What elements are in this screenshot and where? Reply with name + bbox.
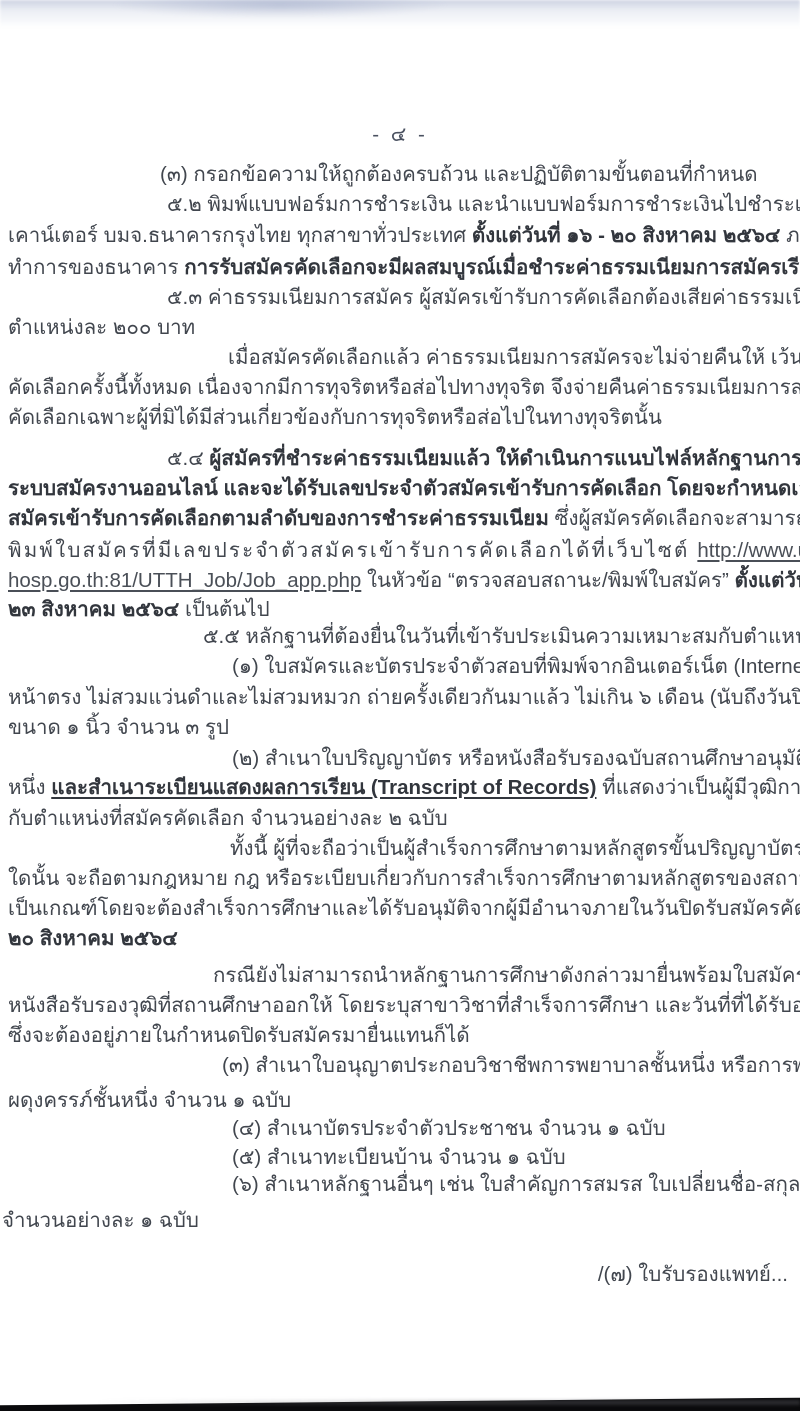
website-url-part-2: hosp.go.th:81/UTTH_Job/Job_app.php bbox=[8, 569, 361, 592]
item-4-line: (๔) สำเนาบัตรประจำตัวประชาชน จำนวน ๑ ฉบั… bbox=[232, 1116, 666, 1142]
clause-5-3-line-2: ตำแหน่งละ ๒๐๐ บาท bbox=[8, 315, 195, 341]
item-6-line-1: (๖) สำเนาหลักฐานอื่นๆ เช่น ใบสำคัญการสมร… bbox=[232, 1172, 800, 1198]
payment-dates-bold: ตั้งแต่วันที่ ๑๖ - ๒๐ สิงหาคม ๒๕๖๔ bbox=[472, 224, 781, 247]
graduation-para-line-2: ใดนั้น จะถือตามกฎหมาย กฎ หรือระเบียบเกี่… bbox=[8, 866, 800, 892]
text-segment: เป็นต้นไป bbox=[179, 598, 269, 621]
item-1-line-2: หน้าตรง ไม่สวมแว่นดำและไม่สวมหมวก ถ่ายคร… bbox=[8, 685, 800, 711]
substitute-cert-line-3: ซึ่งจะต้องอยู่ภายในกำหนดปิดรับสมัครมายื่… bbox=[8, 1023, 470, 1049]
refund-para-line-1: เมื่อสมัครคัดเลือกแล้ว ค่าธรรมเนียมการสม… bbox=[228, 345, 800, 371]
scan-top-haze-blob bbox=[110, 0, 450, 18]
clause-5-5-line: ๕.๕ หลักฐานที่ต้องยื่นในวันที่เข้ารับประ… bbox=[203, 624, 800, 650]
clause-5-4-line-5: hosp.go.th:81/UTTH_Job/Job_app.php ในหัว… bbox=[8, 568, 800, 594]
completion-note-bold: การรับสมัครคัดเลือกจะมีผลสมบูรณ์เมื่อชำร… bbox=[184, 256, 800, 279]
refund-para-line-2: คัดเลือกครั้งนี้ทั้งหมด เนื่องจากมีการทุ… bbox=[8, 375, 800, 401]
item-2-line-2: หนึ่ง และสำเนาระเบียนแสดงผลการเรียน (Tra… bbox=[8, 775, 800, 801]
clause-5-4-line-4: พิมพ์ใบสมัครที่มีเลขประจำตัวสมัครเข้ารับ… bbox=[8, 538, 800, 564]
item-6-line-2: จำนวนอย่างละ ๑ ฉบับ bbox=[2, 1208, 199, 1234]
text-segment: ทำการของธนาคาร bbox=[8, 256, 184, 279]
clause-5-2-line-1: ๕.๒ พิมพ์แบบฟอร์มการชำระเงิน และนำแบบฟอร… bbox=[167, 192, 800, 218]
graduation-para-line-3: เป็นเกณฑ์โดยจะต้องสำเร็จการศึกษาและได้รั… bbox=[8, 896, 800, 922]
clause-5-4-line-2: ระบบสมัครงานออนไลน์ และจะได้รับเลขประจำต… bbox=[8, 476, 800, 502]
text-segment: ที่แสดงว่าเป็นผู้มีวุฒิการศึกษาตรง bbox=[596, 776, 800, 799]
text-segment: เคาน์เตอร์ บมจ.ธนาคารกรุงไทย ทุกสาขาทั่ว… bbox=[8, 224, 472, 247]
page-number: - ๔ - bbox=[0, 122, 800, 148]
substitute-cert-line-1: กรณียังไม่สามารถนำหลักฐานการศึกษาดังกล่า… bbox=[213, 963, 800, 989]
clause-number: ๕.๔ bbox=[167, 447, 209, 470]
graduation-para-line-1: ทั้งนี้ ผู้ที่จะถือว่าเป็นผู้สำเร็จการศึ… bbox=[230, 836, 800, 862]
transcript-bold-underline: และสำเนาระเบียนแสดงผลการเรียน (Transcrip… bbox=[51, 776, 596, 799]
text-segment: ภายในเวลา bbox=[780, 224, 800, 247]
clause-5-4-line-3: สมัครเข้ารับการคัดเลือกตามลำดับของการชำร… bbox=[8, 506, 800, 532]
closing-date-bold: ๒๐ สิงหาคม ๒๕๖๔ bbox=[8, 926, 178, 952]
continuation-marker: /(๗) ใบรับรองแพทย์... bbox=[598, 1262, 788, 1288]
item-1-line-3: ขนาด ๑ นิ้ว จำนวน ๓ รูป bbox=[8, 715, 229, 741]
text-segment: ซึ่งผู้สมัครคัดเลือกจะสามารถตรวจสอบและ bbox=[555, 507, 800, 530]
item-3-line-1: (๓) สำเนาใบอนุญาตประกอบวิชาชีพการพยาบาลช… bbox=[222, 1053, 800, 1079]
clause-5-2-line-3: ทำการของธนาคาร การรับสมัครคัดเลือกจะมีผล… bbox=[8, 255, 800, 281]
start-date-label-bold: ตั้งแต่วันที่ bbox=[735, 569, 800, 592]
clause-5-4-line-1: ๕.๔ ผู้สมัครที่ชำระค่าธรรมเนียมแล้ว ให้ด… bbox=[167, 446, 800, 472]
clause-3-line: (๓) กรอกข้อความให้ถูกต้องครบถ้วน และปฏิบ… bbox=[160, 162, 758, 188]
item-3-line-2: ผดุงครรภ์ชั้นหนึ่ง จำนวน ๑ ฉบับ bbox=[8, 1088, 291, 1114]
substitute-cert-line-2: หนังสือรับรองวุฒิที่สถานศึกษาออกให้ โดยร… bbox=[8, 993, 800, 1019]
text-segment: เป็นเกณฑ์โดยจะต้องสำเร็จการศึกษาและได้รั… bbox=[8, 897, 800, 920]
text-segment: ๕.๕ หลักฐานที่ต้องยื่นในวันที่เข้ารับประ… bbox=[203, 625, 800, 648]
item-2-line-3: กับตำแหน่งที่สมัครคัดเลือก จำนวนอย่างละ … bbox=[8, 806, 448, 832]
scanned-document-page: - ๔ - (๓) กรอกข้อความให้ถูกต้องครบถ้วน แ… bbox=[0, 0, 800, 1411]
text-segment: ในหัวข้อ “ตรวจสอบสถานะ/พิมพ์ใบสมัคร” bbox=[361, 569, 734, 592]
website-url-part-1: http://www.uttaradit- bbox=[697, 539, 800, 562]
clause-5-2-line-2: เคาน์เตอร์ บมจ.ธนาคารกรุงไทย ทุกสาขาทั่ว… bbox=[8, 223, 800, 249]
order-of-payment-bold: สมัครเข้ารับการคัดเลือกตามลำดับของการชำร… bbox=[8, 507, 555, 530]
text-segment: หนึ่ง bbox=[8, 776, 51, 799]
text-segment: พิมพ์ใบสมัครที่มีเลขประจำตัวสมัครเข้ารับ… bbox=[8, 539, 697, 562]
item-5-line: (๕) สำเนาทะเบียนบ้าน จำนวน ๑ ฉบับ bbox=[232, 1145, 566, 1171]
scan-bottom-edge bbox=[0, 1392, 800, 1411]
refund-para-line-3: คัดเลือกเฉพาะผู้ที่มิได้มีส่วนเกี่ยวข้อง… bbox=[8, 405, 662, 431]
clause-5-3-line-1: ๕.๓ ค่าธรรมเนียมการสมัคร ผู้สมัครเข้ารับ… bbox=[167, 285, 800, 311]
print-start-date-bold: ๒๓ สิงหาคม ๒๕๖๔ bbox=[8, 598, 179, 621]
item-2-line-1: (๒) สำเนาใบปริญญาบัตร หรือหนังสือรับรองฉ… bbox=[232, 746, 800, 772]
item-1-line-1: (๑) ใบสมัครและบัตรประจำตัวสอบที่พิมพ์จาก… bbox=[232, 654, 800, 680]
clause-5-4-line-6: ๒๓ สิงหาคม ๒๕๖๔ เป็นต้นไป bbox=[8, 597, 270, 623]
attach-proof-bold: ผู้สมัครที่ชำระค่าธรรมเนียมแล้ว ให้ดำเนิ… bbox=[209, 447, 800, 470]
